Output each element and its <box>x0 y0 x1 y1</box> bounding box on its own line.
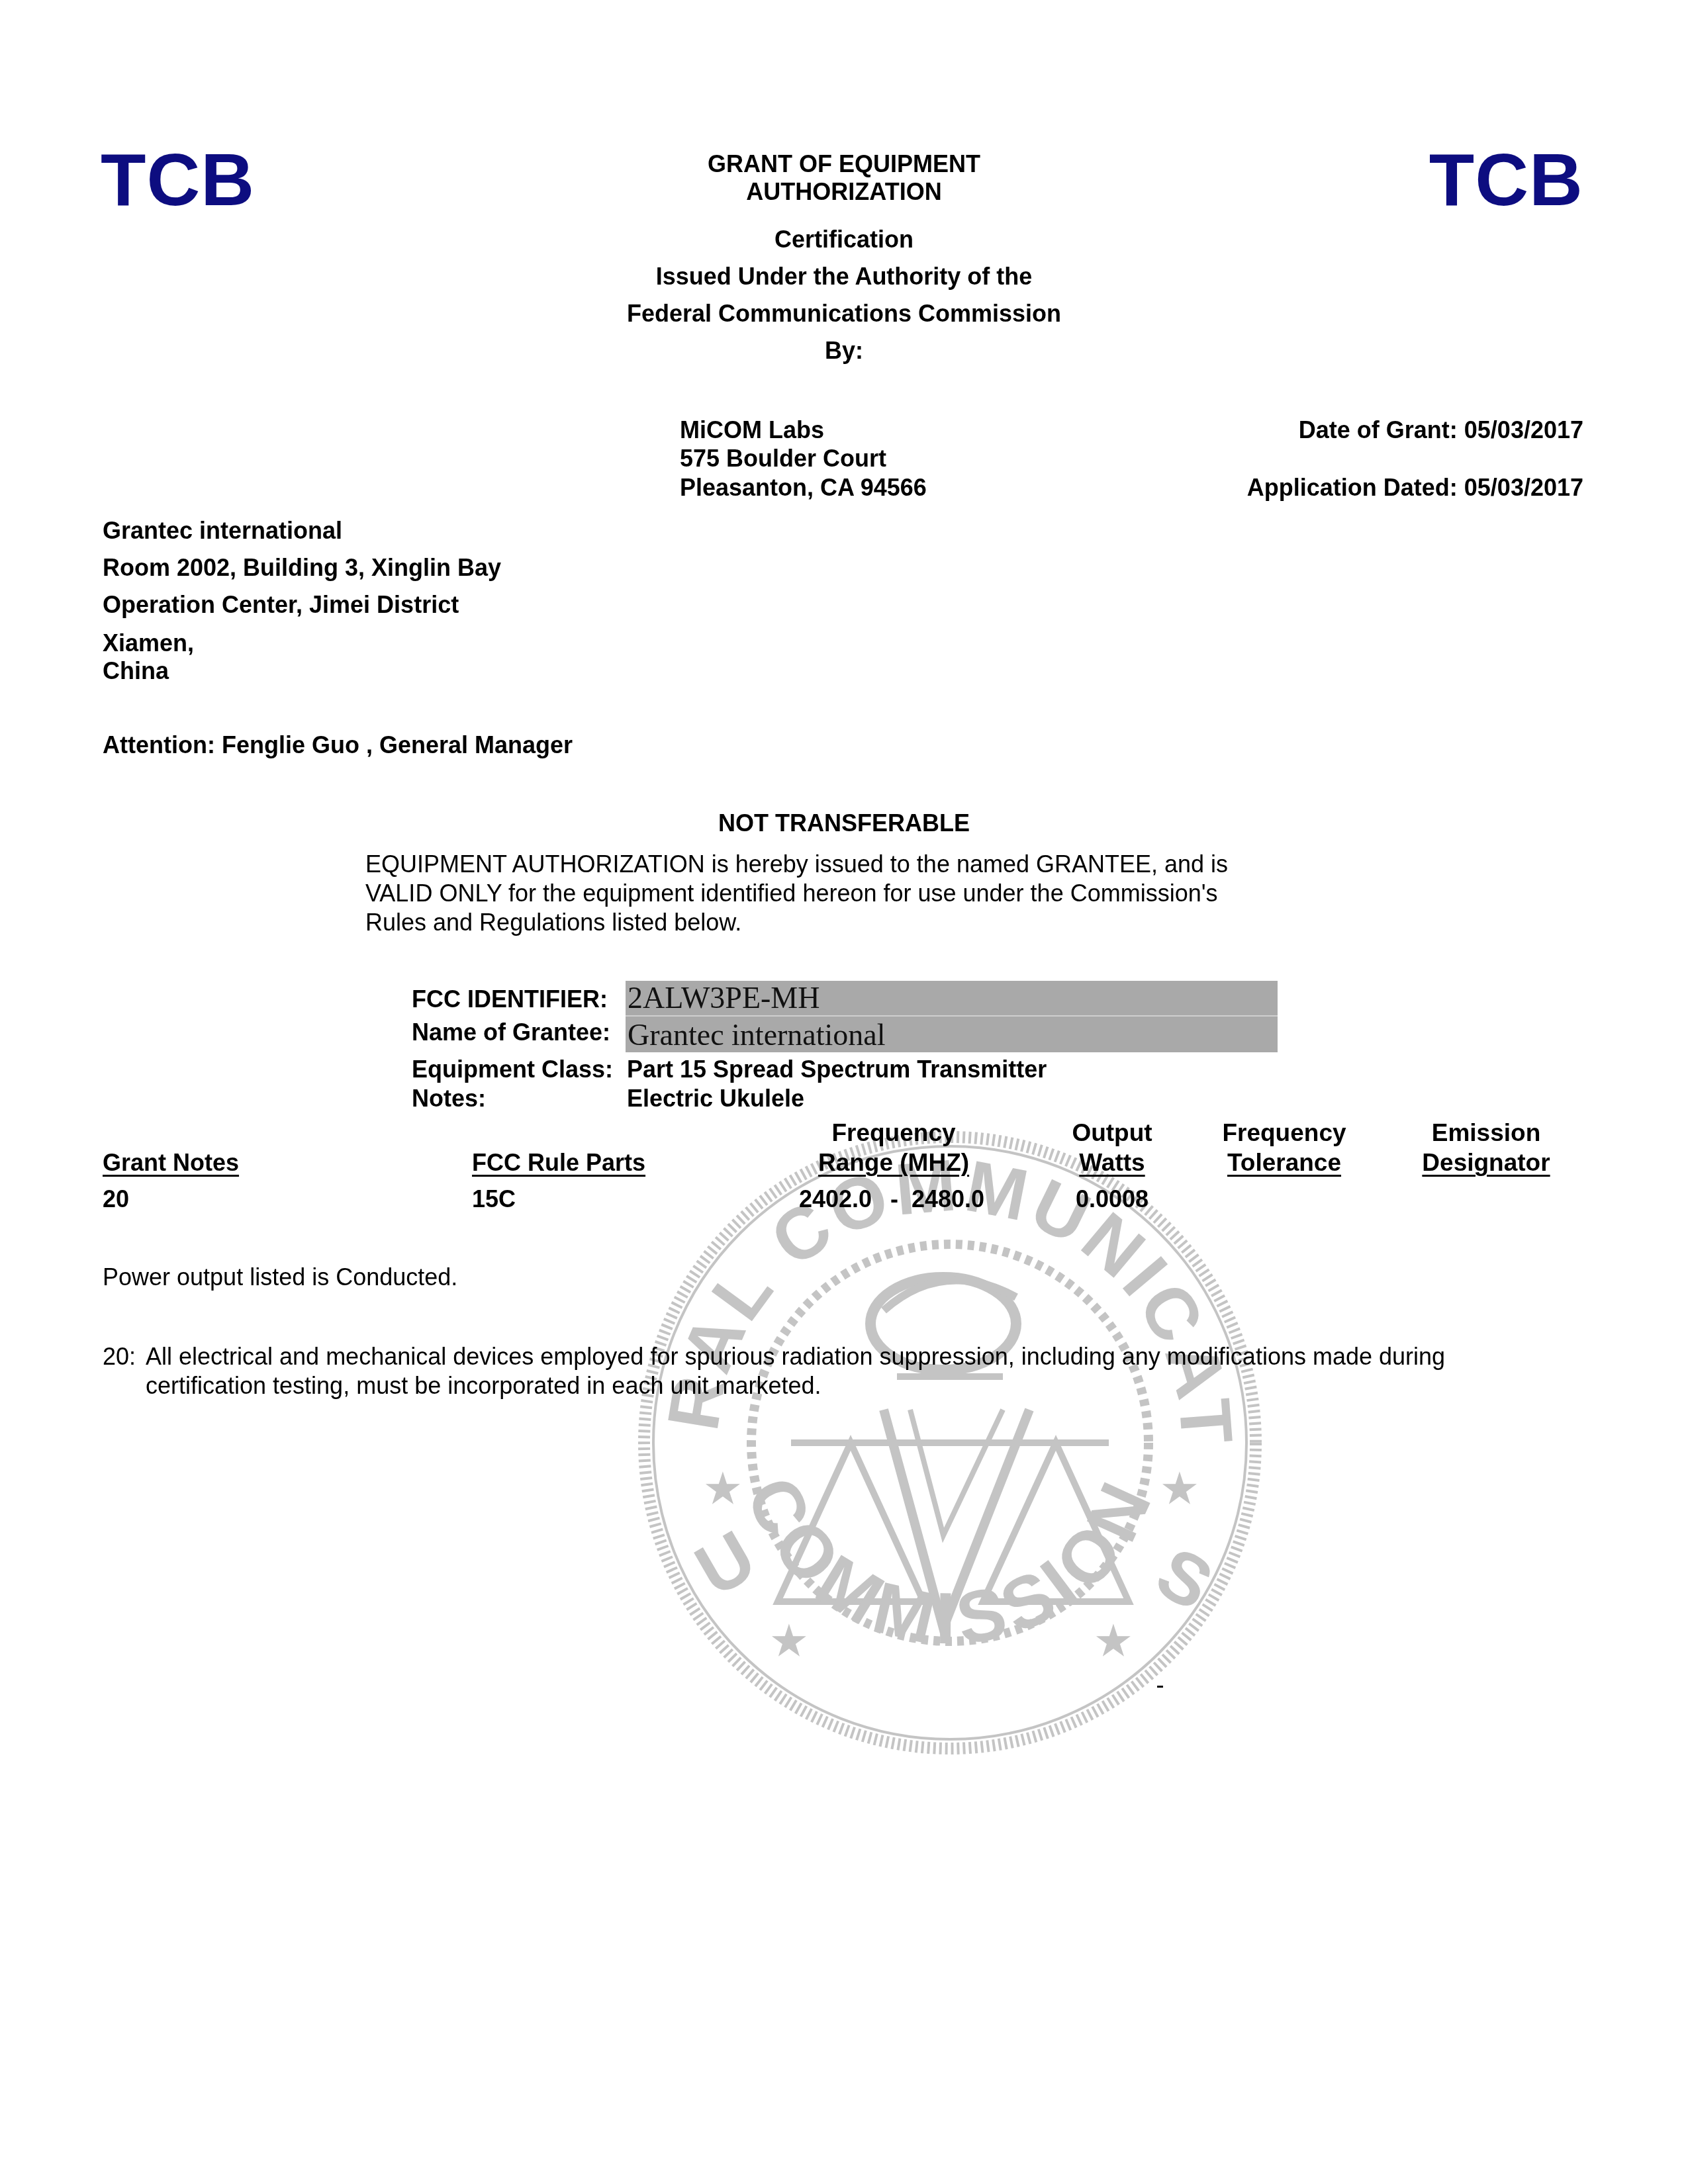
date-of-grant-value: 05/03/2017 <box>1464 416 1583 443</box>
cell-frequency-low: 2402.0 <box>799 1185 872 1214</box>
col-header-emission-designator-line1: Emission <box>1403 1118 1569 1148</box>
authority-line: Issued Under the Authority of the <box>0 262 1688 291</box>
power-output-note: Power output listed is Conducted. <box>103 1263 457 1292</box>
date-of-grant-label: Date of Grant: <box>1299 416 1458 443</box>
fcc-id-value: 2ALW3PE-MH <box>628 981 820 1015</box>
notes-label: Notes: <box>412 1084 486 1113</box>
cell-grant-notes: 20 <box>103 1185 129 1214</box>
grantee-name-label: Name of Grantee: <box>412 1018 610 1047</box>
svg-text:★: ★ <box>1162 1467 1197 1511</box>
issuer-city: Pleasanton, CA 94566 <box>680 473 927 502</box>
equipment-class-value: Part 15 Spread Spectrum Transmitter <box>627 1055 1047 1084</box>
col-header-grant-notes: Grant Notes <box>103 1148 239 1177</box>
certification-heading: Certification <box>0 225 1688 254</box>
authorization-paragraph-line1: EQUIPMENT AUTHORIZATION is hereby issued… <box>365 850 1228 879</box>
grantee-name-value: Grantec international <box>628 1018 886 1052</box>
svg-text:★: ★ <box>1096 1619 1131 1663</box>
document-title-line2: AUTHORIZATION <box>0 177 1688 206</box>
col-header-output-watts-line1: Output <box>1046 1118 1178 1148</box>
date-of-grant: Date of Grant: 05/03/2017 <box>1299 416 1583 445</box>
grantee-address-line1: Room 2002, Building 3, Xinglin Bay <box>103 553 501 582</box>
issuer-name: MiCOM Labs <box>680 416 824 445</box>
document-title-line1: GRANT OF EQUIPMENT <box>0 150 1688 179</box>
commission-line: Federal Communications Commission <box>0 299 1688 328</box>
cell-frequency-separator: - <box>890 1185 898 1214</box>
col-header-emission-designator-line2: Designator <box>1403 1148 1569 1177</box>
equipment-class-label: Equipment Class: <box>412 1055 613 1084</box>
col-header-frequency-tolerance-line2: Tolerance <box>1205 1148 1364 1177</box>
col-header-rule-parts: FCC Rule Parts <box>472 1148 645 1177</box>
cell-output-watts: 0.0008 <box>1076 1185 1149 1214</box>
grantee-name: Grantec international <box>103 516 342 545</box>
cell-frequency-high: 2480.0 <box>912 1185 984 1214</box>
grantee-city: Xiamen, <box>103 629 194 658</box>
col-header-output-watts-line2: Watts <box>1046 1148 1178 1177</box>
notes-value: Electric Ukulele <box>627 1084 804 1113</box>
svg-text:★: ★ <box>705 1467 741 1511</box>
col-header-frequency-range-line1: Frequency <box>794 1118 993 1148</box>
svg-text:★: ★ <box>771 1619 807 1663</box>
fcc-seal-watermark: FEDERAL COMMUNICATIONS COMMISSION U S ★ … <box>632 1125 1268 1760</box>
not-transferable-heading: NOT TRANSFERABLE <box>0 809 1688 838</box>
fcc-id-label: FCC IDENTIFIER: <box>412 985 608 1014</box>
stray-mark <box>1157 1686 1163 1688</box>
by-line: By: <box>0 336 1688 365</box>
grantee-address-line2: Operation Center, Jimei District <box>103 590 459 619</box>
authorization-paragraph-line3: Rules and Regulations listed below. <box>365 908 741 937</box>
col-header-frequency-tolerance-line1: Frequency <box>1205 1118 1364 1148</box>
cell-rule-parts: 15C <box>472 1185 516 1214</box>
attention-line: Attention: Fenglie Guo , General Manager <box>103 731 573 760</box>
application-dated-label: Application Dated: <box>1247 474 1458 501</box>
grant-note-20-line2: certification testing, must be incorpora… <box>146 1371 821 1400</box>
issuer-street: 575 Boulder Court <box>680 444 886 473</box>
grantee-country: China <box>103 657 169 686</box>
grant-note-20-line1: All electrical and mechanical devices em… <box>146 1342 1445 1371</box>
application-dated: Application Dated: 05/03/2017 <box>1247 473 1583 502</box>
authorization-paragraph-line2: VALID ONLY for the equipment identified … <box>365 879 1218 908</box>
application-dated-value: 05/03/2017 <box>1464 474 1583 501</box>
col-header-frequency-range-line2: Range (MHZ) <box>794 1148 993 1177</box>
grant-note-20-prefix: 20: <box>103 1342 136 1371</box>
